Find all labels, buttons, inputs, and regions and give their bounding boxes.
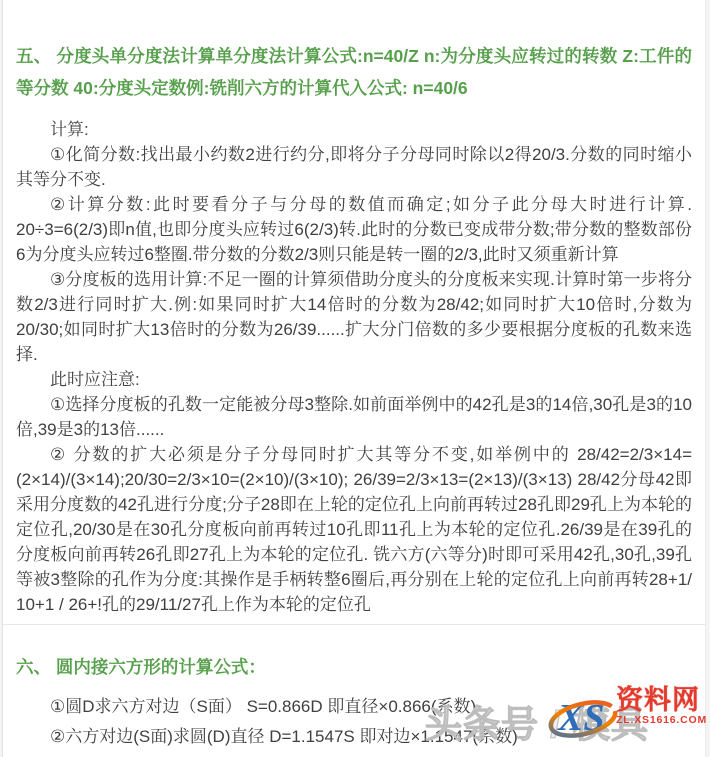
paragraph-simplify: ①化简分数:找出最小约数2进行约分,即将分子分母同时除以2得20/3.分数的同时…: [16, 142, 692, 192]
paragraph-note-1: ①选择分度板的孔数一定能被分母3整除.如前面举例中的42孔是3的14倍,30孔是…: [16, 392, 692, 442]
article-page: 五、 分度头单分度法计算单分度法计算公式:n=40/Z n:为分度头应转过的转数…: [2, 0, 706, 757]
paragraph-compute: ②计算分数:此时要看分子与分母的数值而确定;如分子此分母大时进行计算. 20÷3…: [16, 192, 692, 267]
section-five-heading: 五、 分度头单分度法计算单分度法计算公式:n=40/Z n:为分度头应转过的转数…: [16, 0, 692, 104]
section-five: 五、 分度头单分度法计算单分度法计算公式:n=40/Z n:为分度头应转过的转数…: [16, 0, 692, 617]
paragraph-hex-formula-1: ①圆D求六方对边（S面） S=0.866D 即直径×0.866(系数): [16, 692, 692, 722]
paragraph-note-label: 此时应注意:: [16, 367, 692, 392]
section-six: 六、 圆内接六方形的计算公式： ①圆D求六方对边（S面） S=0.866D 即直…: [16, 625, 692, 752]
paragraph-plate-select: ③分度板的选用计算:不足一圈的计算须借助分度头的分度板来实现.计算时第一步将分数…: [16, 267, 692, 367]
section-six-heading: 六、 圆内接六方形的计算公式：: [16, 625, 692, 683]
paragraph-hex-formula-2: ②六方对边(S面)求圆(D)直径 D=1.1547S 即对边×1.1547(系数…: [16, 722, 692, 752]
paragraph-calc-label: 计算:: [16, 117, 692, 142]
paragraph-note-2: ② 分数的扩大必须是分子分母同时扩大其等分不变,如举例中的 28/42=2/3×…: [16, 442, 692, 617]
